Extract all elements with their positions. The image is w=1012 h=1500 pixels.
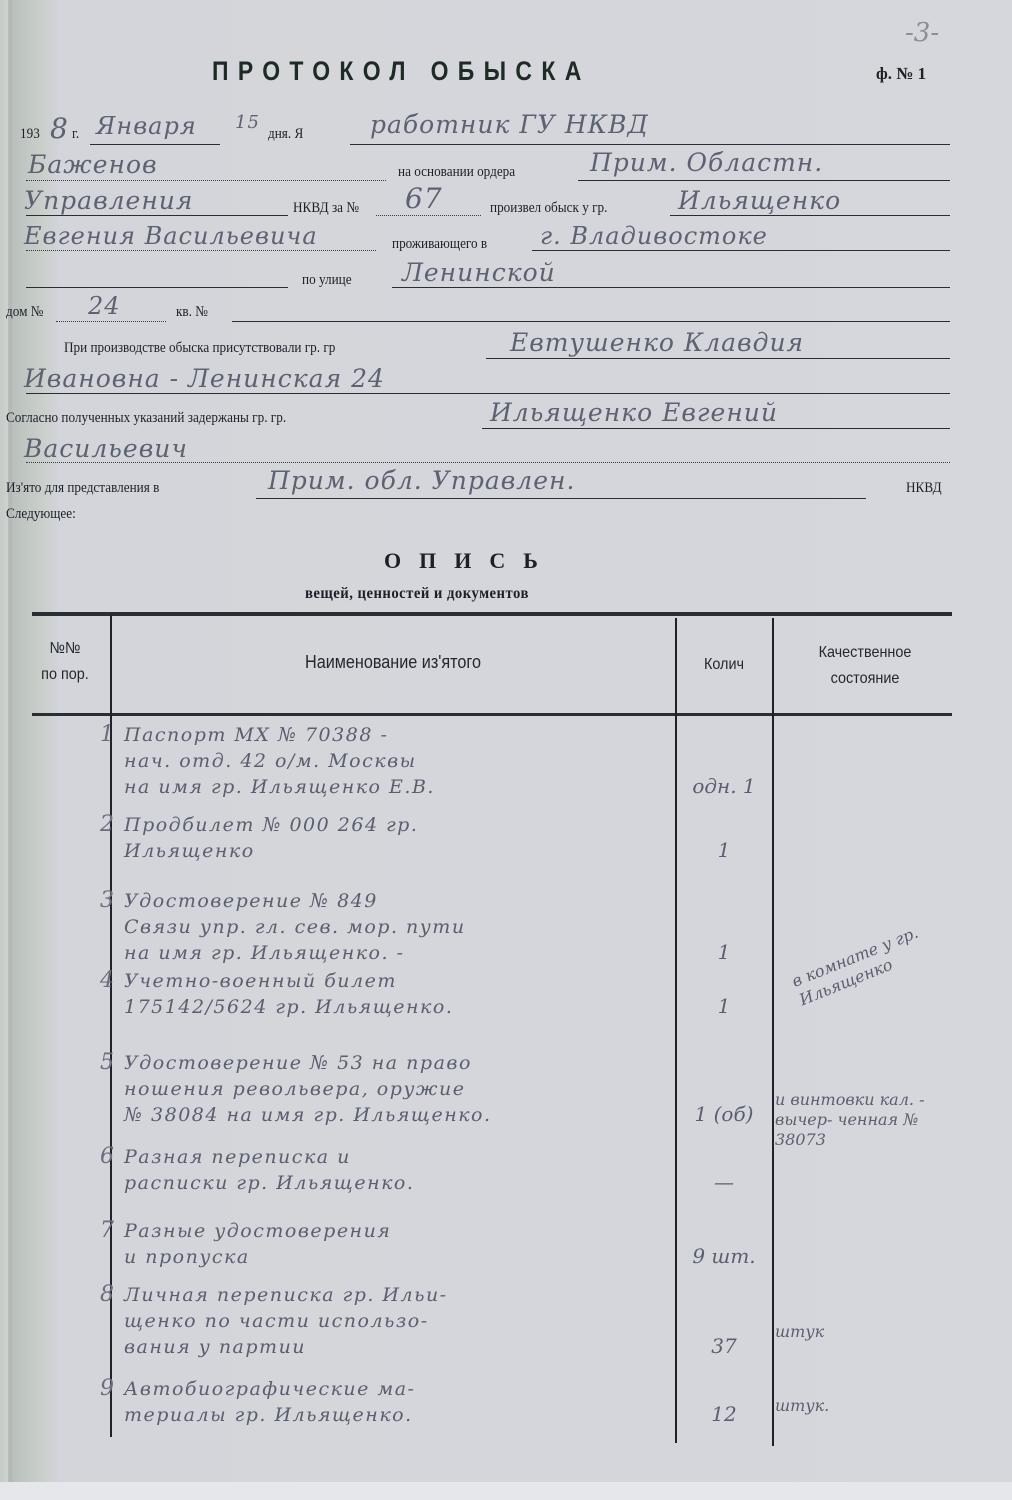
row-number: 6	[100, 1144, 114, 1169]
col-header-name: Наименование из'ятого	[140, 652, 646, 673]
row-item-line: Паспорт МХ № 70388 -	[124, 722, 669, 748]
row-item-line: ношения револьвера, оружие	[124, 1076, 669, 1102]
year-label: г.	[72, 126, 79, 143]
scan-bottom-edge	[0, 1482, 1012, 1500]
row-number: 8	[100, 1282, 114, 1307]
search-label: произвел обыск у гр.	[490, 200, 607, 217]
row-number: 1	[100, 722, 114, 747]
house-label: дом №	[6, 304, 43, 321]
row-item-line: на имя гр. Ильященко. -	[124, 940, 669, 966]
column-divider	[675, 618, 677, 1443]
row-item-line: № 38084 на имя гр. Ильященко.	[124, 1102, 669, 1128]
row-item-name: Автобиографические ма-териалы гр. Ильяще…	[124, 1376, 669, 1428]
row-item-line: нач. отд. 42 о/м. Москвы	[124, 748, 669, 774]
page-number: -3-	[905, 18, 939, 48]
year-suffix: 8	[50, 112, 69, 145]
row-item-name: Разная переписка ирасписки гр. Ильященко…	[124, 1144, 669, 1196]
street-label: по улице	[302, 272, 352, 289]
seized-suffix: НКВД	[906, 480, 942, 497]
row-quantity: 1	[688, 940, 760, 964]
row-item-line: териалы гр. Ильященко.	[124, 1402, 669, 1428]
col-header-condition: Качественное состояние	[784, 644, 946, 688]
inventory-subtitle: вещей, ценностей и документов	[305, 585, 529, 603]
row-number: 2	[100, 812, 114, 837]
person-line2: Евгения Васильевича	[24, 222, 318, 250]
row-number: 5	[100, 1050, 114, 1075]
order-label: на основании ордера	[398, 164, 515, 181]
street-value: Ленинской	[402, 258, 556, 287]
row-item-name: Личная переписка гр. Ильи-щенко по части…	[124, 1282, 669, 1360]
row-item-line: Продбилет № 000 264 гр.	[124, 812, 669, 838]
row-item-line: Автобиографические ма-	[124, 1376, 669, 1402]
row-item-line: щенко по части использо-	[124, 1308, 669, 1334]
officer-line1: работник ГУ НКВД	[370, 110, 649, 139]
detained-line1: Ильященко Евгений	[490, 398, 778, 427]
detained-label: Согласно полученных указаний задержаны г…	[6, 410, 286, 427]
seized-label: Из'ято для представления в	[6, 480, 159, 497]
seized-destination: Прим. обл. Управлен.	[268, 466, 575, 495]
witnesses-line2: Ивановна - Ленинская 24	[24, 364, 385, 393]
person-line1: Ильященко	[678, 186, 841, 215]
row-item-line: Разные удостоверения	[124, 1218, 669, 1244]
year-prefix: 193	[20, 126, 40, 143]
row-quantity: 1 (об)	[688, 1102, 760, 1126]
row-item-line: на имя гр. Ильященко Е.В.	[124, 774, 669, 800]
row-item-line: расписки гр. Ильященко.	[124, 1170, 669, 1196]
row-item-line: Удостоверение № 849	[124, 888, 669, 914]
witnesses-label: При производстве обыска присутствовали г…	[64, 340, 335, 357]
row-quantity: 1	[688, 994, 760, 1018]
row-condition: и винтовки кал. - вычер- ченная № 38073	[775, 1090, 955, 1150]
row-item-line: 175142/5624 гр. Ильященко.	[124, 994, 669, 1020]
day-value: 15	[235, 112, 260, 133]
detained-line2: Васильевич	[24, 434, 188, 463]
row-item-line: Личная переписка гр. Ильи-	[124, 1282, 669, 1308]
row-item-line: Связи упр. гл. сев. мор. пути	[124, 914, 669, 940]
form-number: ф. № 1	[876, 64, 926, 84]
row-item-name: Удостоверение № 53 на правоношения револ…	[124, 1050, 669, 1128]
table-top-rule	[32, 612, 952, 616]
order-issuer-line2: Управления	[24, 186, 193, 215]
col-header-qty: Колич	[682, 656, 767, 674]
table-header-rule	[32, 713, 952, 716]
nkvd-number-label: НКВД за №	[293, 200, 359, 217]
row-quantity: 1	[688, 838, 760, 862]
row-item-line: и пропуска	[124, 1244, 669, 1270]
row-item-name: Паспорт МХ № 70388 -нач. отд. 42 о/м. Мо…	[124, 722, 669, 800]
col-header-number: №№ по пор.	[25, 640, 106, 684]
scanned-page: -3- ПРОТОКОЛ ОБЫСКА ф. № 1 193 8 г. Янва…	[0, 0, 1012, 1500]
house-number: 24	[88, 292, 121, 320]
row-condition: штук.	[775, 1396, 955, 1416]
inventory-title: ОПИСЬ	[384, 548, 556, 574]
row-item-line: Разная переписка и	[124, 1144, 669, 1170]
row-quantity: 12	[688, 1402, 760, 1426]
row-item-name: Продбилет № 000 264 гр.Ильященко	[124, 812, 669, 864]
row-number: 7	[100, 1218, 114, 1243]
row-item-line: Ильященко	[124, 838, 669, 864]
row-item-line: Удостоверение № 53 на право	[124, 1050, 669, 1076]
row-number: 3	[100, 888, 114, 913]
residing-label: проживающего в	[392, 236, 487, 253]
row-item-line: Учетно-военный билет	[124, 968, 669, 994]
row-condition: в комнате у гр. Ильященко	[789, 906, 971, 1011]
row-quantity: 37	[688, 1334, 760, 1358]
row-item-name: Учетно-военный билет175142/5624 гр. Илья…	[124, 968, 669, 1020]
row-number: 9	[100, 1376, 114, 1401]
page-edge-shadow	[8, 0, 12, 1500]
day-label: дня. Я	[268, 126, 303, 143]
officer-line2: Баженов	[28, 150, 158, 179]
row-quantity: —	[688, 1170, 760, 1194]
row-quantity: 9 шт.	[688, 1244, 760, 1268]
row-quantity: одн. 1	[688, 774, 760, 798]
document-title: ПРОТОКОЛ ОБЫСКА	[212, 56, 591, 87]
city-value: г. Владивостоке	[540, 222, 768, 250]
row-item-name: Разные удостоверенияи пропуска	[124, 1218, 669, 1270]
row-number: 4	[100, 968, 114, 993]
order-issuer-line1: Прим. Областн.	[590, 148, 823, 177]
witnesses-line1: Евтушенко Клавдия	[510, 328, 804, 357]
row-condition: штук	[775, 1322, 955, 1342]
order-number: 67	[405, 182, 443, 215]
row-item-line: вания у партии	[124, 1334, 669, 1360]
column-divider	[772, 618, 774, 1446]
row-item-name: Удостоверение № 849Связи упр. гл. сев. м…	[124, 888, 669, 966]
month-value: Января	[96, 112, 197, 140]
following-label: Следующее:	[6, 506, 76, 523]
apt-label: кв. №	[176, 304, 208, 321]
